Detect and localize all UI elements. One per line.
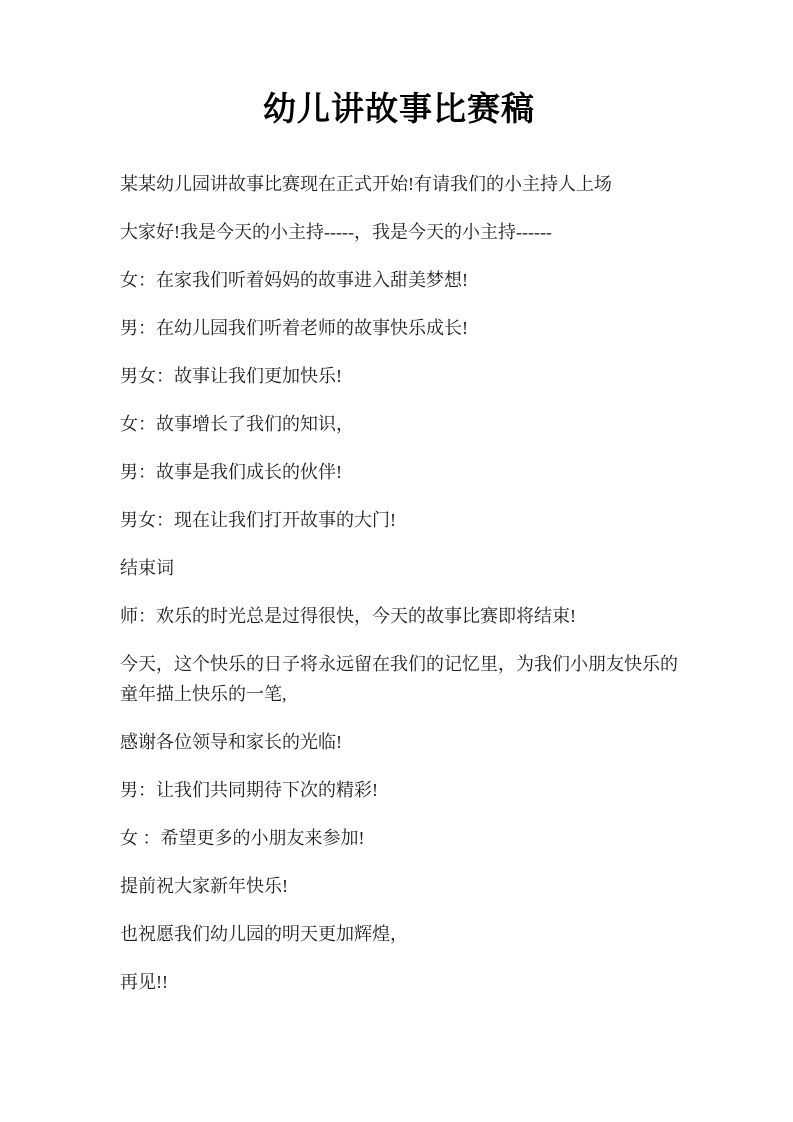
paragraph-hosts-intro: 大家好!我是今天的小主持-----，我是今天的小主持------: [120, 217, 678, 247]
paragraph-boy-line-3: 男：让我们共同期待下次的精彩!: [120, 775, 678, 805]
paragraph-memory-line: 今天，这个快乐的日子将永远留在我们的记忆里，为我们小朋友快乐的童年描上快乐的一笔…: [120, 649, 678, 709]
paragraph-boy-line-1: 男：在幼儿园我们听着老师的故事快乐成长!: [120, 313, 678, 343]
paragraph-girl-line-1: 女：在家我们听着妈妈的故事进入甜美梦想!: [120, 265, 678, 295]
paragraph-kindergarten-wish: 也祝愿我们幼儿园的明天更加辉煌，: [120, 919, 678, 949]
paragraph-newyear-wish: 提前祝大家新年快乐!: [120, 871, 678, 901]
document-title: 幼儿讲故事比赛稿: [120, 88, 678, 132]
paragraph-both-line-2: 男女：现在让我们打开故事的大门!: [120, 505, 678, 535]
document-page: 幼儿讲故事比赛稿 某某幼儿园讲故事比赛现在正式开始!有请我们的小主持人上场 大家…: [0, 0, 793, 1122]
paragraph-goodbye: 再见!!: [120, 967, 678, 997]
paragraph-teacher-line: 师：欢乐的时光总是过得很快，今天的故事比赛即将结束!: [120, 601, 678, 631]
paragraph-boy-line-2: 男：故事是我们成长的伙伴!: [120, 457, 678, 487]
paragraph-both-line-1: 男女：故事让我们更加快乐!: [120, 361, 678, 391]
paragraph-closing-heading: 结束词: [120, 553, 678, 583]
paragraph-opening: 某某幼儿园讲故事比赛现在正式开始!有请我们的小主持人上场: [120, 169, 678, 199]
paragraph-girl-line-2: 女：故事增长了我们的知识，: [120, 409, 678, 439]
paragraph-girl-line-3: 女 ：希望更多的小朋友来参加!: [120, 823, 678, 853]
paragraph-thanks-line: 感谢各位领导和家长的光临!: [120, 727, 678, 757]
